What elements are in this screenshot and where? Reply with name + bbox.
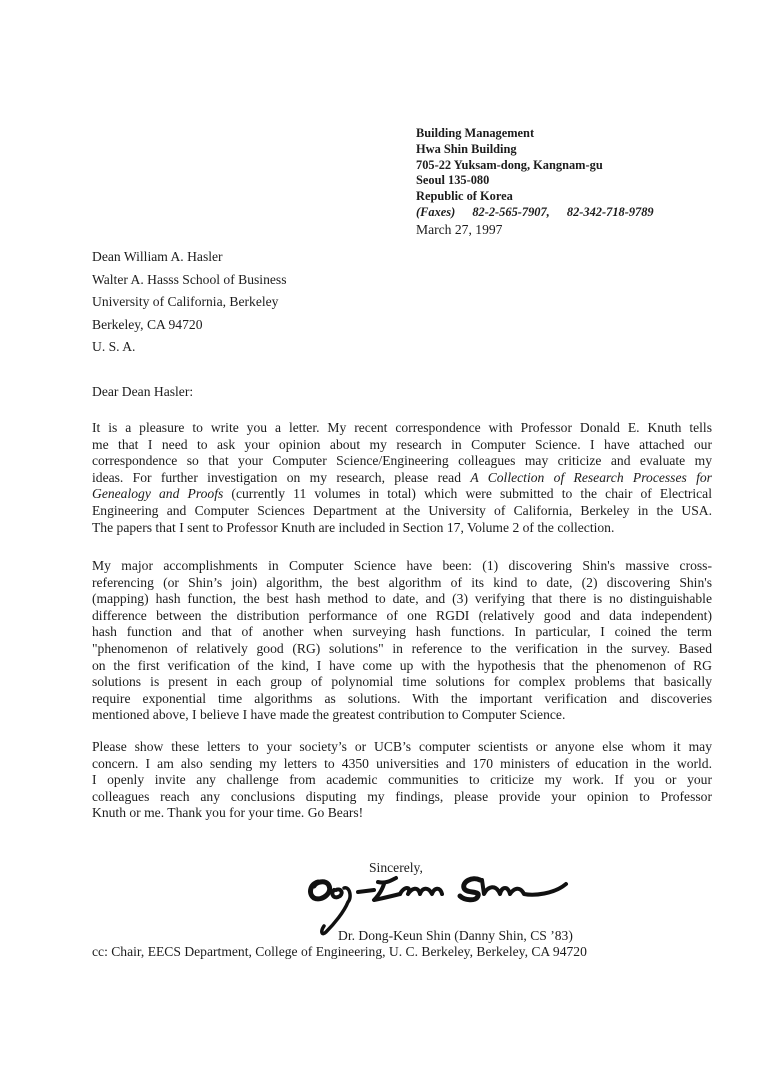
recipient-line: Berkeley, CA 94720 xyxy=(92,314,287,337)
paragraph-line: Please show these letters to your societ… xyxy=(92,739,712,756)
carbon-copy-line: cc: Chair, EECS Department, College of E… xyxy=(92,944,587,960)
letterhead-line: Republic of Korea xyxy=(416,189,668,205)
paragraph-line: The papers that I sent to Professor Knut… xyxy=(92,520,712,537)
paragraph-request: Please show these letters to your societ… xyxy=(92,739,712,822)
letterhead-line: Building Management xyxy=(416,126,668,142)
faxes-label: (Faxes) xyxy=(416,205,455,219)
line-segment: (currently 11 volumes in total) which we… xyxy=(223,486,712,501)
recipient-line: U. S. A. xyxy=(92,336,287,359)
paragraph-line: me that I need to ask your opinion about… xyxy=(92,437,712,454)
paragraph-line: on the first verification of the kind, I… xyxy=(92,658,712,675)
recipient-address: Dean William A. Hasler Walter A. Hasss S… xyxy=(92,246,287,359)
recipient-line: University of California, Berkeley xyxy=(92,291,287,314)
paragraph-line: Genealogy and Proofs (currently 11 volum… xyxy=(92,486,712,503)
paragraph-accomplishments: My major accomplishments in Computer Sci… xyxy=(92,558,712,724)
salutation: Dear Dean Hasler: xyxy=(92,384,193,400)
fax-numbers: (Faxes) 82-2-565-7907, 82-342-718-9789 xyxy=(416,205,668,221)
paragraph-line: "phenomenon of relatively good (RG) solu… xyxy=(92,641,712,658)
paragraph-line: hash function and that of another when s… xyxy=(92,624,712,641)
paragraph-line: Knuth or me. Thank you for your time. Go… xyxy=(92,805,712,822)
line-segment: ideas. For further investigation on my r… xyxy=(92,470,470,485)
paragraph-line: colleagues reach any conclusions disputi… xyxy=(92,789,712,806)
signer-name: Dr. Dong-Keun Shin (Danny Shin, CS ’83) xyxy=(338,928,573,944)
paragraph-line: correspondence so that your Computer Sci… xyxy=(92,453,712,470)
recipient-line: Walter A. Hasss School of Business xyxy=(92,269,287,292)
letterhead-line: Seoul 135-080 xyxy=(416,173,668,189)
letter-date: March 27, 1997 xyxy=(416,222,502,238)
fax-number-2: 82-342-718-9789 xyxy=(567,205,654,219)
paragraph-line: mentioned above, I believe I have made t… xyxy=(92,707,712,724)
letterhead-line: 705-22 Yuksam-dong, Kangnam-gu xyxy=(416,158,668,174)
letterhead-line: Hwa Shin Building xyxy=(416,142,668,158)
book-title-part-2: Genealogy and Proofs xyxy=(92,486,223,501)
paragraph-line: I openly invite any challenge from acade… xyxy=(92,772,712,789)
letterhead: Building Management Hwa Shin Building 70… xyxy=(416,126,668,221)
paragraph-line: solutions is present in each group of po… xyxy=(92,674,712,691)
paragraph-line: My major accomplishments in Computer Sci… xyxy=(92,558,712,575)
paragraph-line: It is a pleasure to write you a letter. … xyxy=(92,420,712,437)
recipient-line: Dean William A. Hasler xyxy=(92,246,287,269)
paragraph-line: difference between the distribution perf… xyxy=(92,608,712,625)
paragraph-introduction: It is a pleasure to write you a letter. … xyxy=(92,420,712,536)
paragraph-line: (mapping) hash function, the best hash m… xyxy=(92,591,712,608)
fax-number-1: 82-2-565-7907, xyxy=(472,205,549,219)
paragraph-line: concern. I am also sending my letters to… xyxy=(92,756,712,773)
book-title-part-1: A Collection of Research Processes for xyxy=(470,470,712,485)
paragraph-line: require exponential time algorithms as s… xyxy=(92,691,712,708)
paragraph-line: Engineering and Computer Sciences Depart… xyxy=(92,503,712,520)
paragraph-line: ideas. For further investigation on my r… xyxy=(92,470,712,487)
paragraph-line: referencing (or Shin’s join) algorithm, … xyxy=(92,575,712,592)
